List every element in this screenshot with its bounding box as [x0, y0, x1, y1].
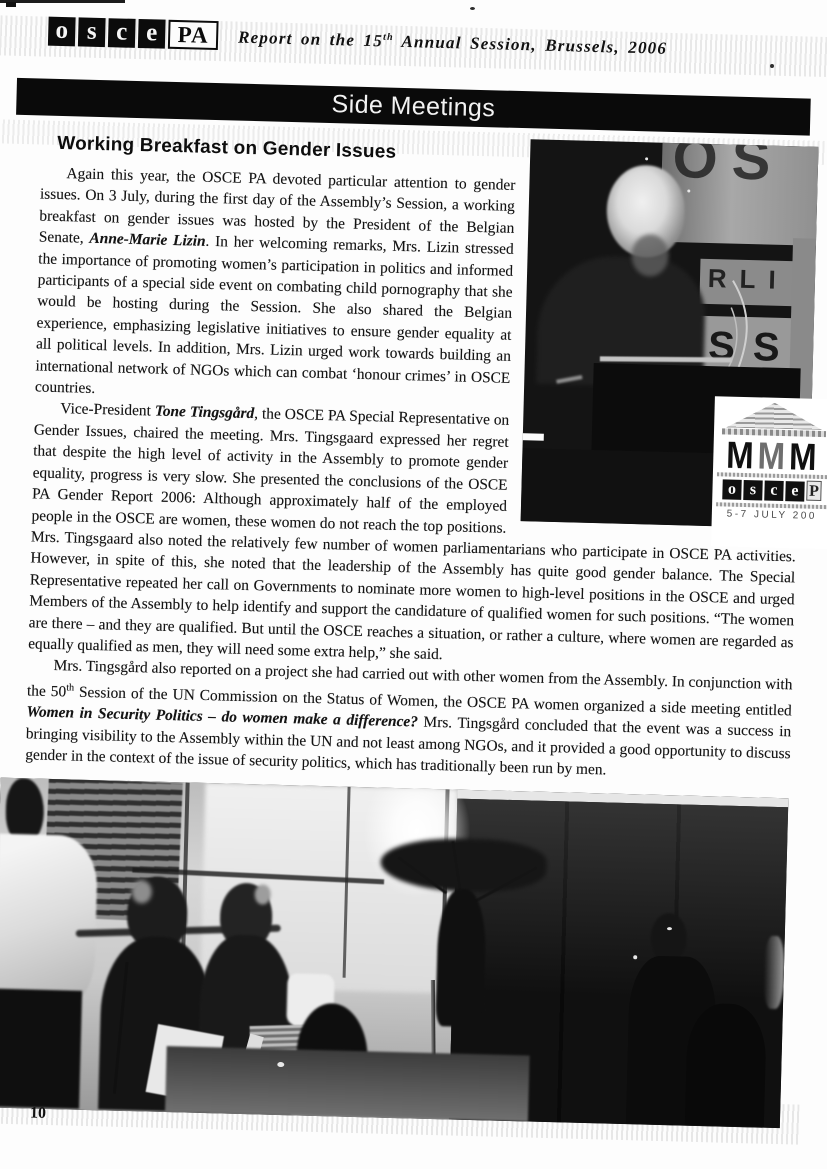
- figure-glyph: M: [789, 437, 822, 477]
- hair-highlight: [131, 880, 151, 904]
- figure-glyph: M: [726, 436, 759, 476]
- logo-letter-box-partial: P: [806, 481, 822, 501]
- logo-osce-boxes: osceP: [716, 478, 827, 502]
- pediment-icon: [726, 402, 823, 431]
- standing-woman-blouse: [0, 833, 98, 1007]
- chair-silhouette: [685, 1003, 767, 1127]
- standing-woman-skirt: [0, 988, 82, 1109]
- session-date: 5-7 JULY 200: [716, 508, 827, 522]
- table-surface: [165, 1046, 529, 1121]
- podium-edge: [600, 356, 733, 362]
- logo-letter-box: e: [138, 19, 166, 49]
- glasses-glint: [633, 955, 637, 959]
- hair-highlight: [254, 884, 270, 904]
- logo-letter-box: o: [48, 17, 76, 47]
- stylized-figures-icon: MMM: [717, 435, 827, 477]
- figure-glyph: M: [757, 436, 790, 476]
- text-run: Tone Tingsgård: [155, 403, 255, 423]
- scanned-report-page: oscePA Report on the 15th Annual Session…: [0, 0, 827, 1169]
- report-title-sup: th: [383, 32, 394, 43]
- text-run: . In her welcoming remarks, Mrs. Lizin s…: [35, 233, 514, 397]
- glasses-glint: [667, 927, 672, 930]
- edge-highlight: [763, 936, 785, 1009]
- figure-silhouette: [436, 888, 487, 1028]
- article: OS RLI SS Working Breakfast on: [16, 132, 806, 1127]
- logo-letter-box: o: [722, 479, 742, 499]
- cup-highlight: [277, 1062, 284, 1067]
- logo-letter-box: s: [78, 17, 106, 47]
- session-logo: MMM osceP 5-7 JULY 200: [711, 396, 827, 549]
- logo-letter-box: s: [743, 480, 763, 500]
- text-run: Anne-Marie Lizin: [89, 230, 205, 250]
- section-banner-title: Side Meetings: [331, 90, 495, 122]
- photo-meeting-room: [0, 777, 788, 1128]
- logo-letter-box: c: [108, 18, 136, 48]
- logo-pa-box: PA: [168, 20, 219, 50]
- scan-notch-artifact: [521, 433, 544, 441]
- text-run: Vice-President: [60, 401, 155, 420]
- osce-pa-logo: oscePA: [48, 17, 219, 50]
- page-number: 10: [30, 1105, 46, 1123]
- logo-letter-box: e: [785, 481, 805, 501]
- paragraph: Mrs. Tingsgård also reported on a projec…: [25, 655, 793, 786]
- report-title-text: Report on the 15: [238, 28, 383, 51]
- logo-letter-box: c: [764, 481, 784, 501]
